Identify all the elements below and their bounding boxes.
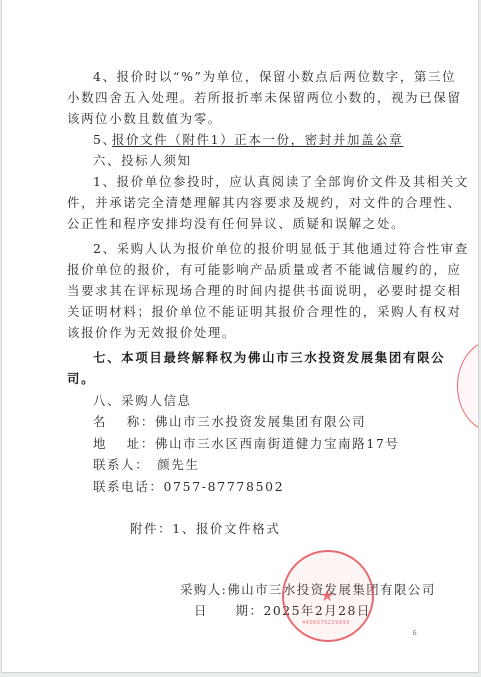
purchaser-name: 名 称：佛山市三水投资发展集团有限公司 [93,414,366,430]
section-8-heading: 八、采购人信息 [93,393,192,409]
section-6-item-2-line-1: 2、采购人认为报价单位的报价明显低于其他通过符合性审查 [93,241,469,257]
clause-4-line-1: 4、报价时以“%”为单位，保留小数点后两位数字，第三位 [93,69,456,85]
purchaser-phone: 联系电话：0757-87778502 [93,479,284,495]
document-page: 4、报价时以“%”为单位，保留小数点后两位数字，第三位 小数四舍五入处理。若所报… [1,0,479,673]
section-6-item-1-line-1: 1、报价单位参投时，应认真阅读了全部询价文件及其相关文 [93,174,469,190]
clause-5-period: 。 [378,132,392,148]
attachment-line: 附件：1、报价文件格式 [130,521,281,537]
section-6-item-2-line-3: 当要求其在评标现场合理的时间内提供书面说明，必要时提交相 [67,283,462,299]
section-7-line-1: 七、本项目最终解释权为佛山市三水投资发展集团有限公 [93,350,445,366]
section-6-item-1-line-2: 件，并承诺完全清楚理解其内容要求及规约，对文件的合理性、 [67,195,462,211]
clause-4-line-2: 小数四舍五入处理。若所报折率未保留两位小数的，视为已保留 [67,90,462,106]
signature-date: 日 期：2025年2月28日 [194,603,371,619]
seal-code: 4406070229993 [302,620,350,626]
section-7-line-2: 司。 [67,371,95,387]
section-6-item-2-line-4: 关证明材料；报价单位不能证明其报价合理性的，采购人有权对 [67,304,462,320]
section-6-item-2-line-2: 报价单位的报价，有可能影响产品质量或者不能诚信履约的，应 [67,262,462,278]
section-6-item-2-line-5: 该报价作为无效报价处理。 [67,325,236,341]
purchaser-contact: 联系人： 颜先生 [93,457,200,473]
clause-5-underlined-text: 报价文件（附件1）正本一份，密封并加盖公章 [112,132,403,148]
clause-4-line-3: 该两位小数且数值为零。 [67,111,222,127]
page-number: 6 [413,629,417,637]
section-6-heading: 六、投标人须知 [93,153,192,169]
section-6-item-1-line-3: 公正性和程序安排均没有任何异议、质疑和误解之处。 [67,216,405,232]
edge-seal-stamp [457,340,479,432]
purchaser-address: 地 址：佛山市三水区西南街道健力宝南路17号 [93,436,400,452]
signature-purchaser: 采购人:佛山市三水投资发展集团有限公司 [180,582,436,598]
